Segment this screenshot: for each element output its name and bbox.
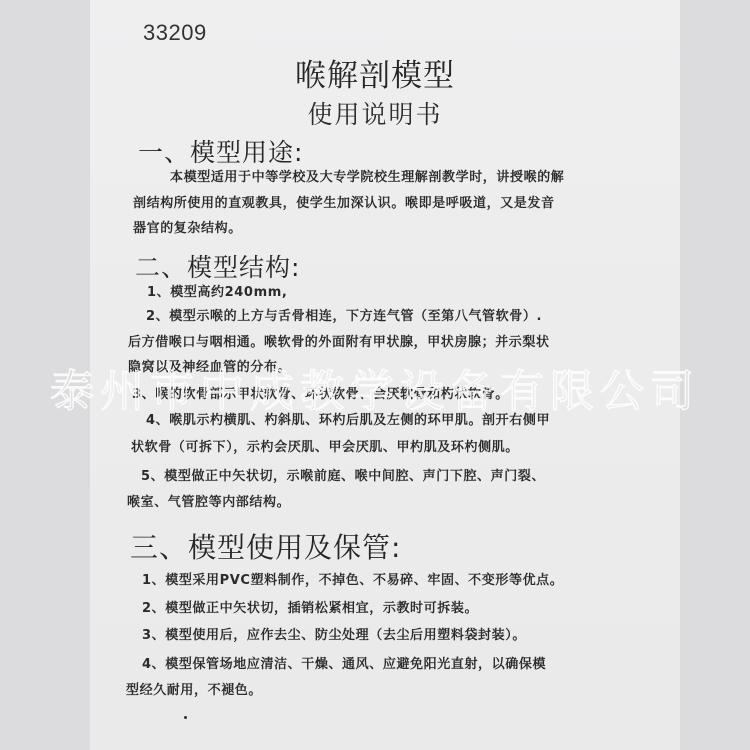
paragraph-line: 本模型适用于中等学校及大专学院校生理解剖教学时，讲授喉的解	[170, 166, 564, 185]
section-heading-usage-storage: 三、模型使用及保管:	[130, 526, 401, 566]
section-heading-purpose: 一、模型用途:	[138, 133, 303, 169]
company-watermark: 泰州市中成教学设备有限公司	[50, 355, 700, 419]
list-item-continuation: 喉室、气管腔等内部结构。	[127, 491, 290, 510]
paragraph-line: 器官的复杂结构。	[133, 217, 242, 236]
list-item-continuation: 后方借喉口与咽相通。喉软骨的外面附有甲状腺，甲状房腺；并示梨状	[128, 331, 550, 350]
list-item: 2、模型做正中矢状切，插销松紧相宜，示教时可拆装。	[142, 597, 478, 616]
document-subtitle: 使用说明书	[0, 95, 750, 131]
ink-dot	[184, 716, 187, 719]
list-item: 1、模型高约240mm,	[147, 281, 287, 300]
section-heading-structure: 二、模型结构:	[135, 248, 300, 284]
model-code: 33209	[143, 20, 207, 46]
list-item: 3、模型使用后，应作去尘、防尘处理（去尘后用塑料袋封装）。	[142, 624, 526, 643]
paragraph-line: 剖结构所使用的直观教具，使学生加深认识。喉即是呼吸道，又是发音	[133, 192, 555, 211]
list-item-continuation: 型经久耐用，不褪色。	[126, 679, 262, 698]
list-item-continuation: 状软骨（可拆下），示杓会厌肌、甲会厌肌、甲杓肌及环杓侧肌。	[131, 436, 519, 455]
list-item: 4、模型保管场地应清洁、干燥、通风、应避免阳光直射，以确保模	[142, 653, 546, 672]
document-title: 喉解剖模型	[0, 50, 750, 95]
list-item: 1、模型采用PVC塑料制作，不掉色、不易碎、牢固、不变形等优点。	[142, 569, 563, 588]
list-item: 5、模型做正中矢状切，示喉前庭、喉中间腔、声门下腔、声门裂、	[141, 465, 545, 484]
list-item: 2、模型示喉的上方与舌骨相连，下方连气管（至第八气管软骨）.	[146, 305, 542, 324]
